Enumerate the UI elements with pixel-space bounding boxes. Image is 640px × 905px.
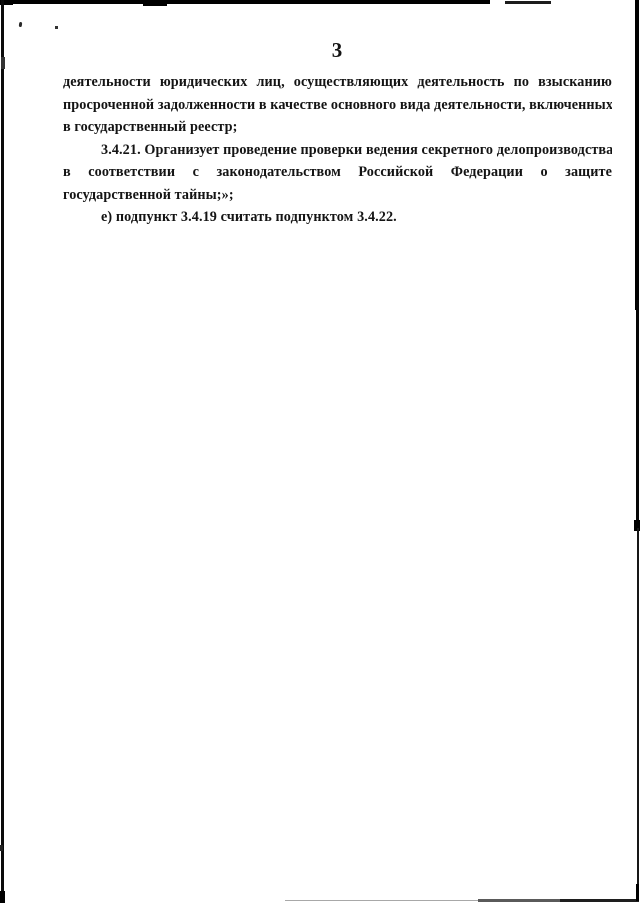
scan-right-edge [637, 528, 640, 901]
scan-top-edge [0, 0, 490, 4]
page-number: 3 [312, 40, 362, 61]
scan-top-edge-segment [505, 1, 551, 4]
text-line: в государственный реестр; [63, 116, 612, 139]
scan-left-edge [1, 0, 4, 901]
text-line: государственной тайны;»; [63, 184, 612, 207]
scan-bottom-edge [478, 899, 563, 902]
scan-left-edge-tick [0, 845, 3, 851]
scan-bottom-right-corner [636, 884, 639, 901]
scan-bottom-edge [560, 899, 639, 902]
scan-left-edge-end [0, 891, 5, 903]
scan-speck [19, 22, 23, 27]
scanned-page: 3 деятельности юридических лиц, осуществ… [0, 0, 640, 905]
scan-speck [55, 26, 58, 29]
scan-right-edge [635, 0, 639, 310]
text-line: деятельности юридических лиц, осуществля… [63, 71, 612, 94]
scan-top-edge-blob [143, 0, 167, 6]
document-text-block: деятельности юридических лиц, осуществля… [63, 71, 612, 229]
text-line: 3.4.21. Организует проведение проверки в… [63, 139, 612, 162]
text-line: в соответствии с законодательством Росси… [63, 161, 612, 184]
scan-bottom-edge [285, 900, 480, 902]
scan-right-edge [636, 300, 639, 530]
scan-left-edge-tick [1, 57, 5, 69]
text-line: просроченной задолженности в качестве ос… [63, 94, 612, 117]
text-line: е) подпункт 3.4.19 считать подпунктом 3.… [63, 206, 612, 229]
